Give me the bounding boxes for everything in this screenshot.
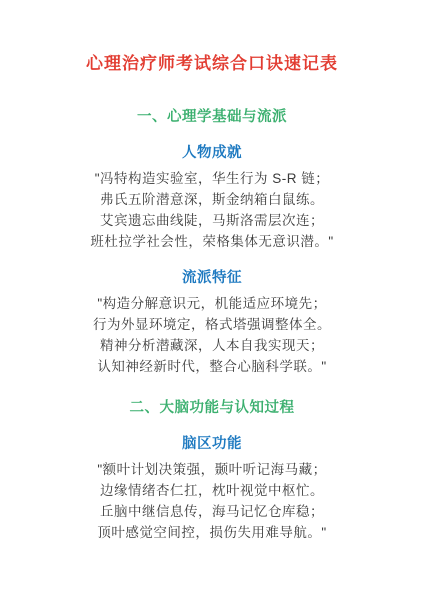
- mnemonic-line: 弗氏五阶潜意深，斯金纳箱白鼠练。: [0, 189, 424, 210]
- mnemonic-line: 丘脑中继信息传，海马记忆仓库稳；: [0, 501, 424, 522]
- page-title: 心理治疗师考试综合口诀速记表: [0, 52, 424, 76]
- mnemonic-line: 认知神经新时代，整合心脑科学联。": [0, 356, 424, 377]
- mnemonic-line: 顶叶感觉空间控，损伤失用难导航。": [0, 522, 424, 543]
- mnemonic-line: 班杜拉学社会性，荣格集体无意识潜。": [0, 231, 424, 252]
- mnemonic-line: 精神分析潜藏深，人本自我实现天；: [0, 335, 424, 356]
- section-heading-brain-cognition: 二、大脑功能与认知过程: [0, 399, 424, 418]
- subsection-heading-school-features: 流派特征: [0, 268, 424, 288]
- mnemonic-line: "构造分解意识元，机能适应环境先；: [0, 293, 424, 314]
- subsection-heading-figures-achievements: 人物成就: [0, 143, 424, 163]
- mnemonic-line: "冯特构造实验室，华生行为 S-R 链；: [0, 168, 424, 189]
- mnemonic-cheat-sheet-page: 心理治疗师考试综合口诀速记表 一、心理学基础与流派 人物成就 "冯特构造实验室，…: [0, 0, 424, 600]
- mnemonic-line: 边缘情绪杏仁扛，枕叶视觉中枢忙。: [0, 480, 424, 501]
- subsection-heading-brain-regions: 脑区功能: [0, 434, 424, 454]
- mnemonic-line: "额叶计划决策强，颞叶听记海马藏；: [0, 459, 424, 480]
- mnemonic-line: 艾宾遗忘曲线陡，马斯洛需层次连；: [0, 210, 424, 231]
- mnemonic-line: 行为外显环境定，格式塔强调整体全。: [0, 314, 424, 335]
- section-heading-psych-basics: 一、心理学基础与流派: [0, 108, 424, 127]
